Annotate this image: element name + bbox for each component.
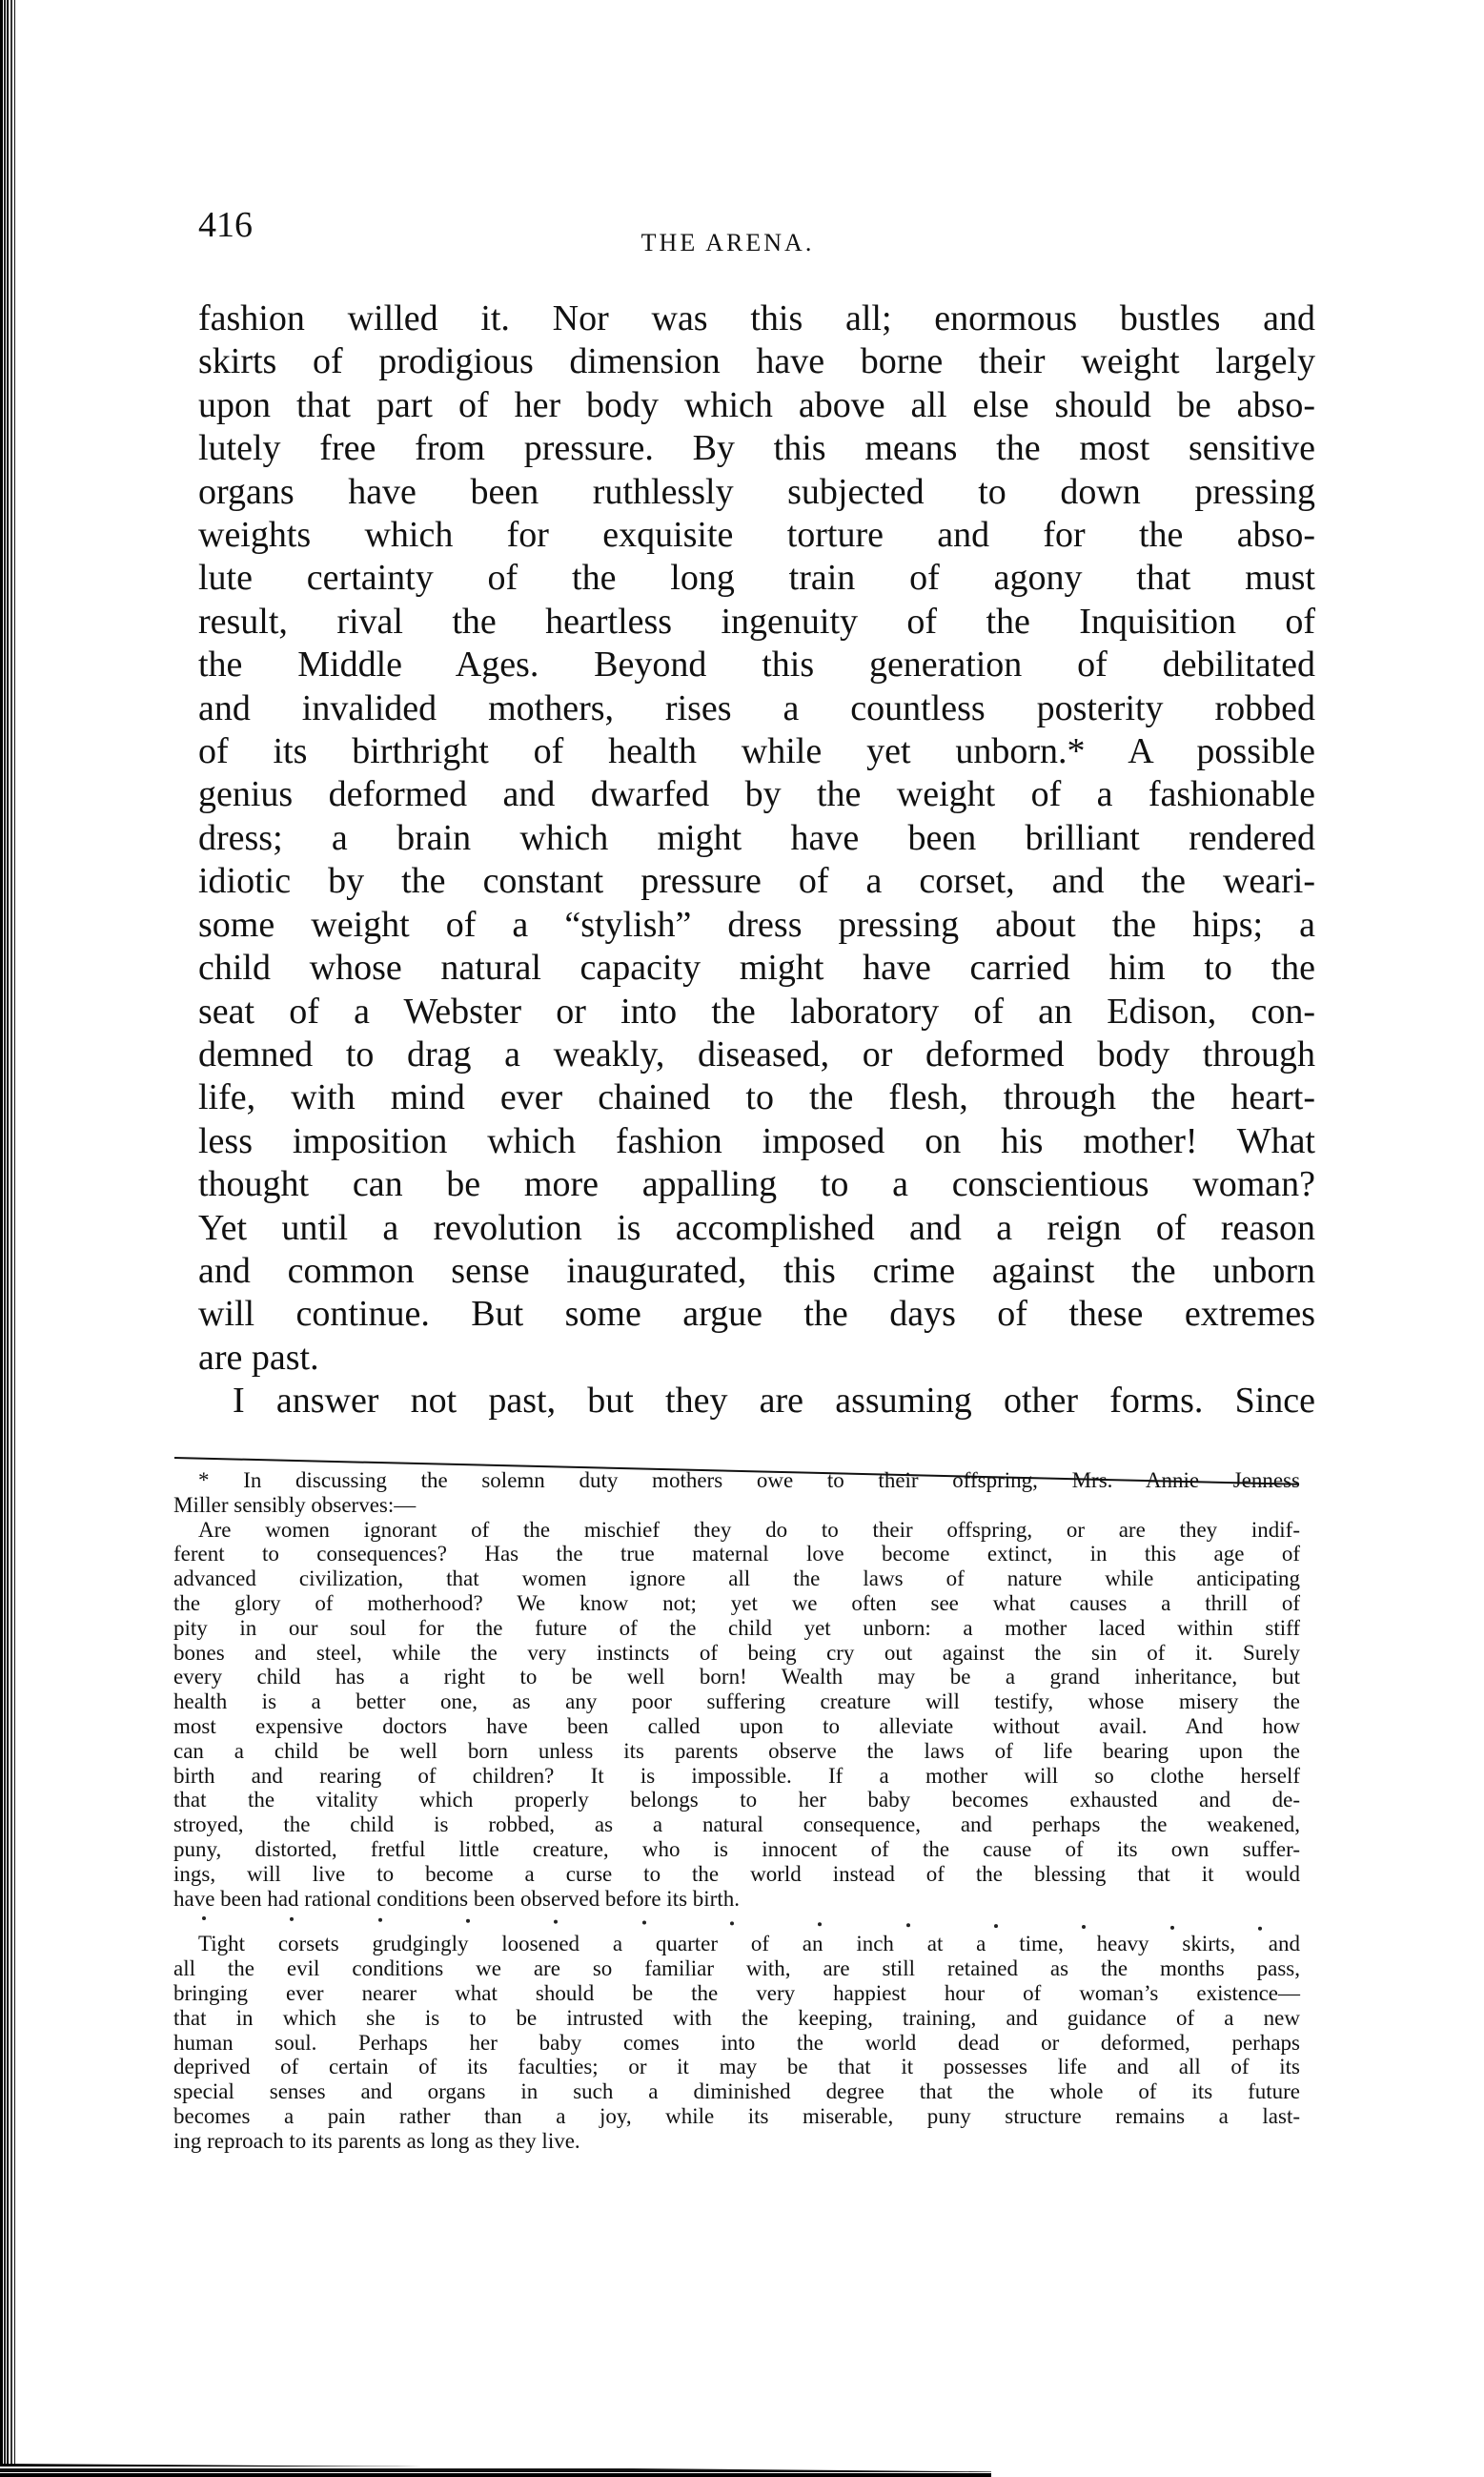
footnote-line: can a child be well born unless its pare… (173, 1739, 1300, 1764)
body-line: demned to drag a weakly, diseased, or de… (198, 1034, 1315, 1076)
body-line: less imposition which fashion imposed on… (198, 1120, 1315, 1163)
footnote-line: that in which she is to be intrusted wit… (173, 2006, 1300, 2031)
footnote-line: stroyed, the child is robbed, as a natur… (173, 1812, 1300, 1837)
footnote: * In discussing the solemn duty mothers … (173, 1468, 1300, 2154)
body-text: fashion willed it. Nor was this all; eno… (198, 297, 1315, 1423)
footnote-line: birth and rearing of children? It is imp… (173, 1764, 1300, 1789)
ellipsis-dot (906, 1924, 910, 1928)
footnote-line: bones and steel, while the very instinct… (173, 1641, 1300, 1666)
footnote-quote-1: Are women ignorant of the mischief they … (173, 1518, 1300, 1912)
footnote-line: advanced civilization, that women ignore… (173, 1566, 1300, 1591)
ellipsis-dot (290, 1917, 294, 1921)
body-line: of its birthright of health while yet un… (198, 730, 1315, 773)
ellipsis-dot (202, 1916, 206, 1920)
footnote-line: ings, will live to become a curse to the… (173, 1862, 1300, 1887)
body-line: skirts of prodigious dimension have born… (198, 340, 1315, 383)
body-line: Yet until a revolution is accomplished a… (198, 1207, 1315, 1250)
ellipsis-dot (466, 1919, 470, 1923)
ellipsis-dots (173, 1911, 1300, 1932)
footnote-line: all the evil conditions we are so famili… (173, 1956, 1300, 1981)
body-line: fashion willed it. Nor was this all; eno… (198, 297, 1315, 340)
body-line: thought can be more appalling to a consc… (198, 1163, 1315, 1206)
footnote-line: becomes a pain rather than a joy, while … (173, 2104, 1300, 2129)
footnote-quote-2: Tight corsets grudgingly loosened a quar… (173, 1932, 1300, 2153)
footnote-line: human soul. Perhaps her baby comes into … (173, 2031, 1300, 2056)
body-line: and common sense inaugurated, this crime… (198, 1250, 1315, 1293)
footnote-line: puny, distorted, fretful little creature… (173, 1837, 1300, 1862)
footnote-line: the glory of motherhood? We know not; ye… (173, 1591, 1300, 1616)
footnote-line: deprived of certain of its faculties; or… (173, 2055, 1300, 2079)
body-line: child whose natural capacity might have … (198, 947, 1315, 990)
footnote-line: ing reproach to its parents as long as t… (173, 2129, 1300, 2154)
body-line: idiotic by the constant pressure of a co… (198, 860, 1315, 903)
scan-edge-left (0, 0, 19, 2477)
ellipsis-dot (1258, 1927, 1262, 1931)
body-line: the Middle Ages. Beyond this generation … (198, 644, 1315, 686)
footnote-line: that the vitality which properly belongs… (173, 1788, 1300, 1812)
footnote-line: * In discussing the solemn duty mothers … (173, 1468, 1300, 1493)
body-line: upon that part of her body which above a… (198, 384, 1315, 427)
footnote-line: ferent to consequences? Has the true mat… (173, 1542, 1300, 1566)
ellipsis-dot (1082, 1925, 1086, 1929)
body-line: genius deformed and dwarfed by the weigh… (198, 773, 1315, 816)
footnote-line: have been had rational conditions been o… (173, 1887, 1300, 1912)
footnote-line: health is a better one, as any poor suff… (173, 1689, 1300, 1714)
body-line: life, with mind ever chained to the fles… (198, 1076, 1315, 1119)
ellipsis-dot (994, 1924, 998, 1928)
body-line: lutely free from pressure. By this means… (198, 427, 1315, 470)
footnote-intro: * In discussing the solemn duty mothers … (173, 1468, 1300, 1518)
body-line: weights which for exquisite torture and … (198, 514, 1315, 557)
body-line: and invalided mothers, rises a countless… (198, 687, 1315, 730)
body-line: some weight of a “stylish” dress pressin… (198, 904, 1315, 947)
body-line: will continue. But some argue the days o… (198, 1293, 1315, 1336)
footnote-line: bringing ever nearer what should be the … (173, 1981, 1300, 2006)
footnote-line: most expensive doctors have been called … (173, 1714, 1300, 1739)
ellipsis-dot (642, 1921, 646, 1925)
running-head: THE ARENA. (0, 229, 1484, 257)
body-line: dress; a brain which might have been bri… (198, 817, 1315, 860)
ellipsis-dot (554, 1920, 558, 1924)
footnote-line: Tight corsets grudgingly loosened a quar… (173, 1932, 1300, 1956)
body-line: are past. (198, 1337, 1315, 1380)
ellipsis-dot (1170, 1926, 1174, 1930)
body-line: I answer not past, but they are assuming… (198, 1380, 1315, 1423)
scan-edge-bottom (0, 2464, 991, 2477)
body-line: organs have been ruthlessly subjected to… (198, 471, 1315, 514)
ellipsis-dot (378, 1918, 382, 1922)
footnote-line: Are women ignorant of the mischief they … (173, 1518, 1300, 1543)
ellipsis-dot (730, 1922, 734, 1926)
body-line: result, rival the heartless ingenuity of… (198, 601, 1315, 644)
footnote-line: Miller sensibly observes:— (173, 1493, 1300, 1518)
body-line: seat of a Webster or into the laboratory… (198, 991, 1315, 1034)
footnote-line: special senses and organs in such a dimi… (173, 2079, 1300, 2104)
footnote-line: every child has a right to be well born!… (173, 1665, 1300, 1689)
body-line: lute certainty of the long train of agon… (198, 557, 1315, 600)
footnote-line: pity in our soul for the future of the c… (173, 1616, 1300, 1641)
ellipsis-dot (818, 1923, 822, 1927)
